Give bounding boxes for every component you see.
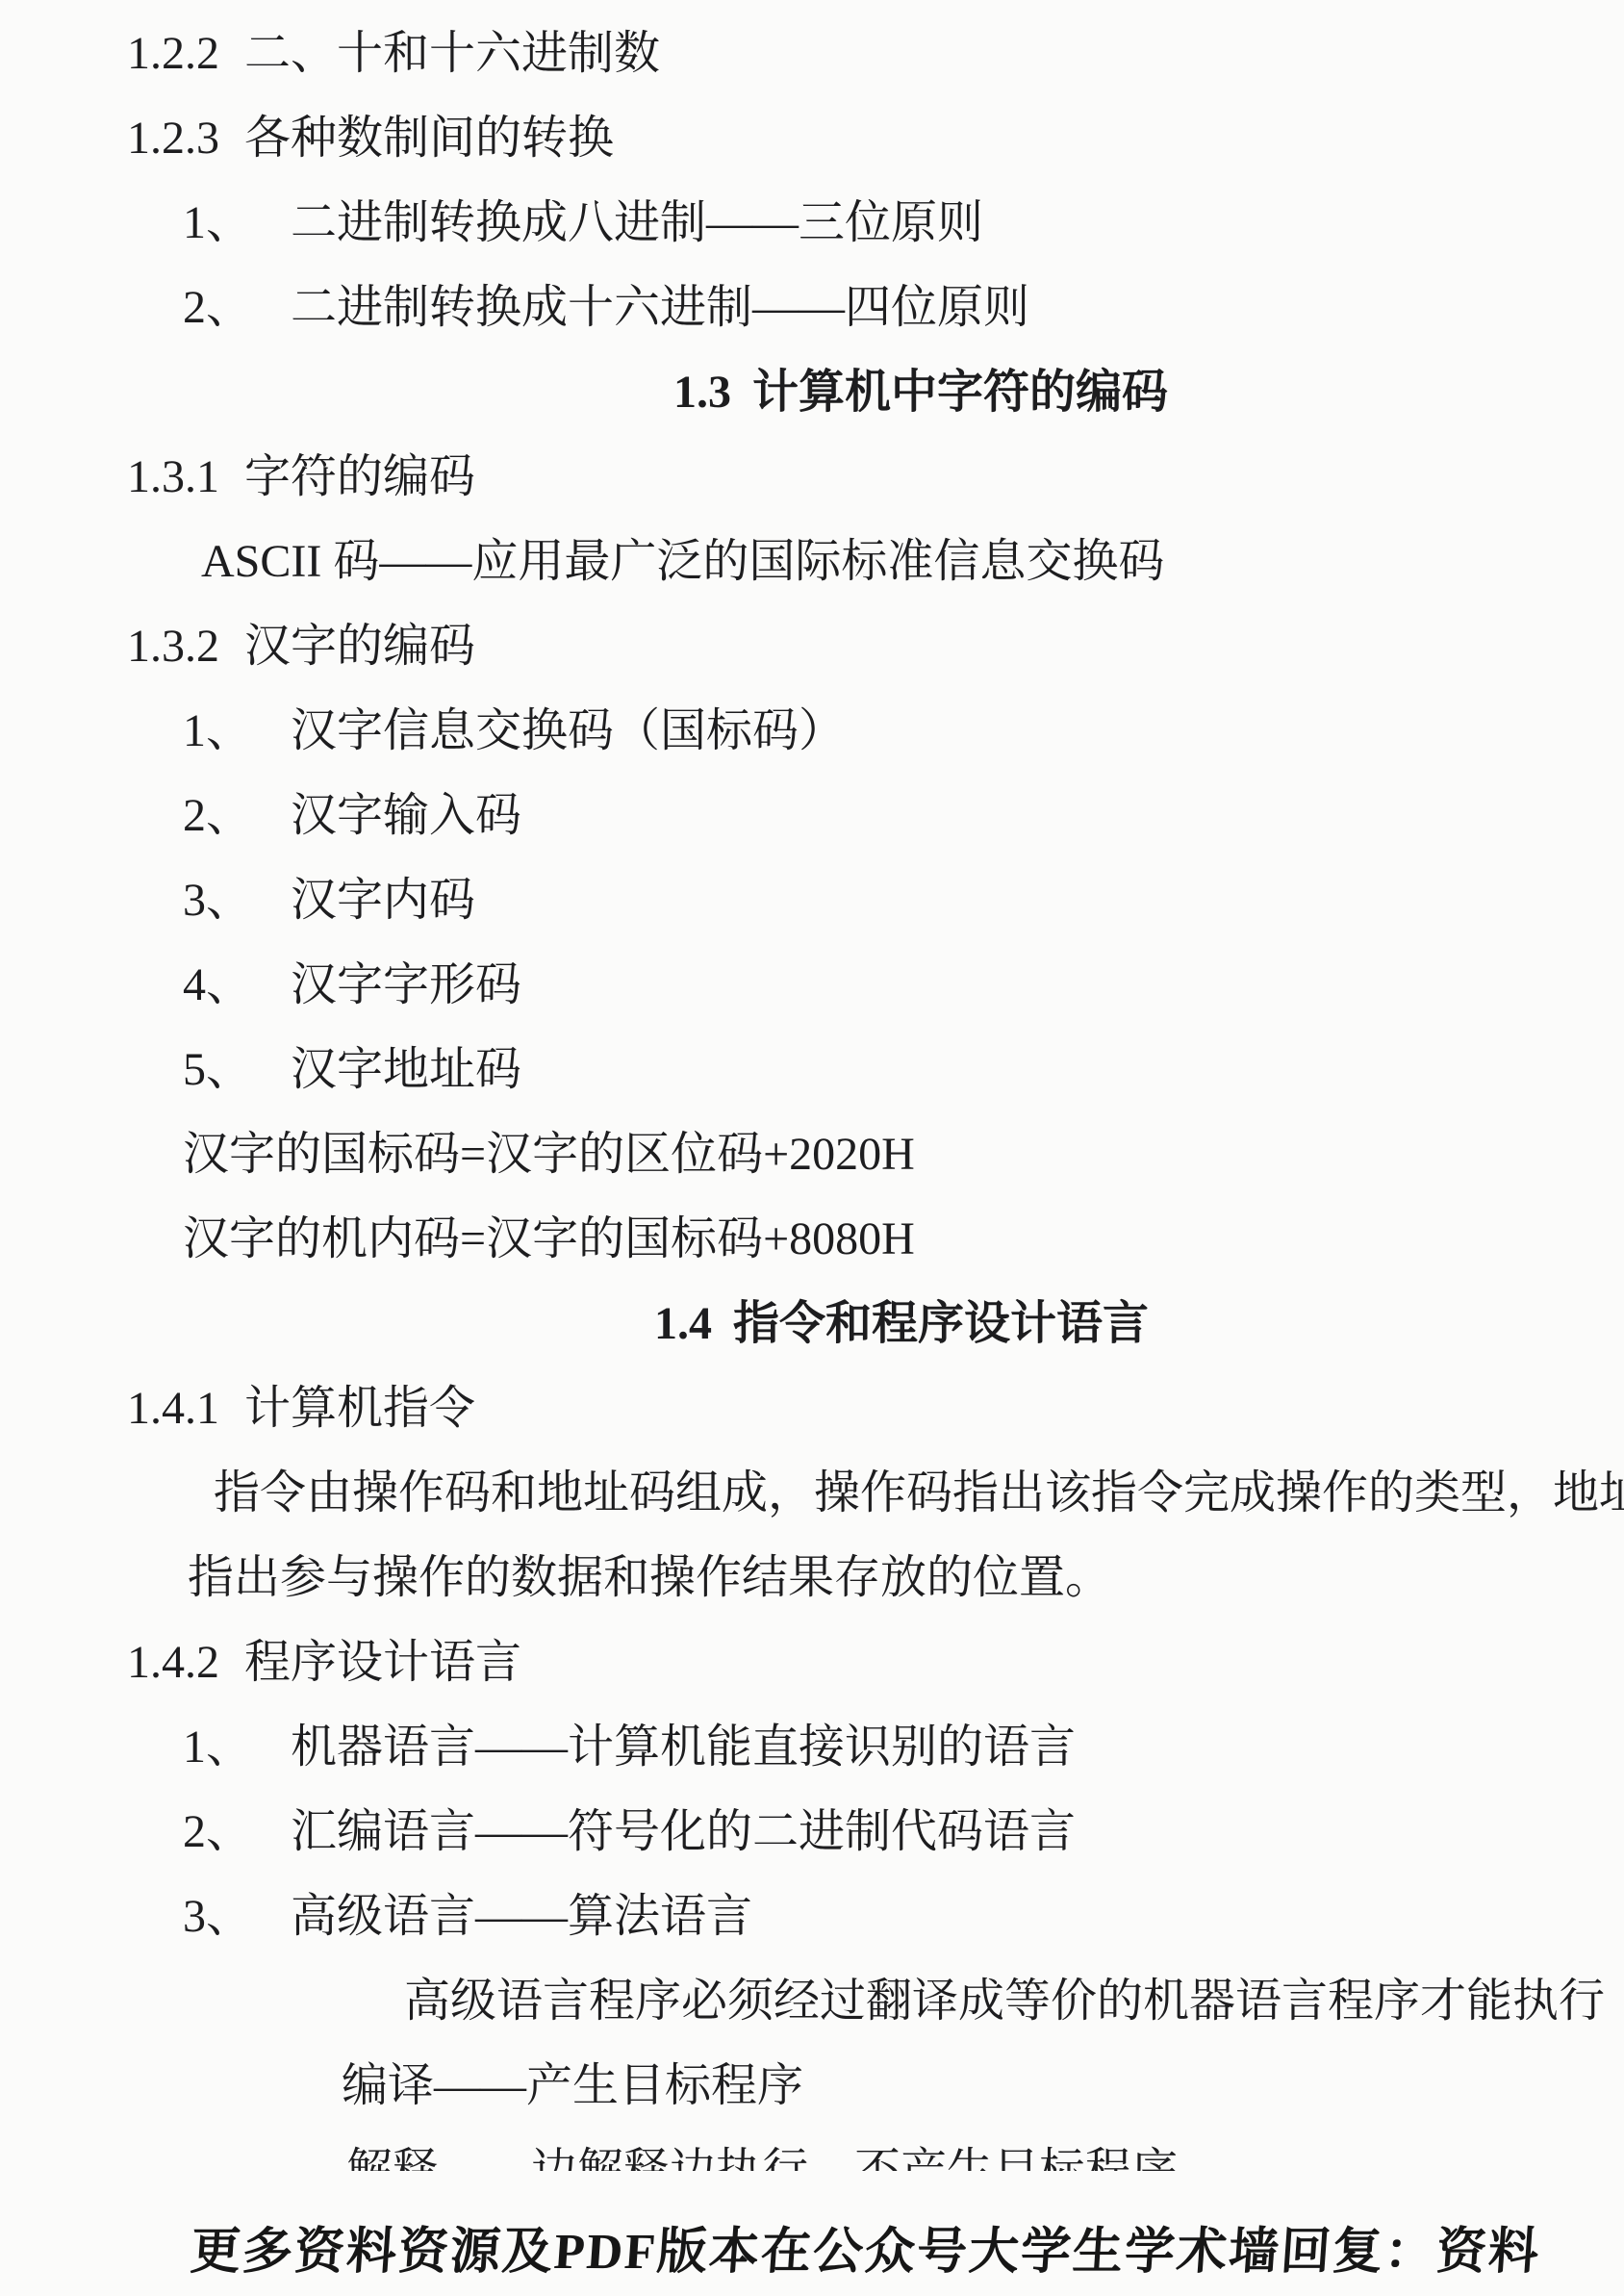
formula-line: 汉字的机内码=汉字的国标码+8080H: [183, 1214, 915, 1265]
body-line: ASCII 码——应用最广泛的国际标准信息交换码: [201, 537, 1164, 588]
line-text: 汉字的机内码=汉字的国标码+8080H: [183, 1213, 915, 1264]
item-text: 汉字内码: [291, 875, 475, 926]
section-number: 1.4.2: [127, 1638, 219, 1689]
section-number: 1.2.2: [127, 29, 219, 80]
list-item: 2、汉字输入码: [183, 791, 521, 842]
footer-text: 更多资料资源及PDF版本在公众号大学生学术墙回复：资料: [189, 2225, 1542, 2280]
list-item: 3、汉字内码: [183, 876, 475, 927]
item-text: 高级语言——算法语言: [291, 1891, 752, 1942]
item-number: 2、: [183, 283, 291, 334]
item-number: 3、: [183, 876, 291, 927]
footer-watermark: 更多资料资源及PDF版本在公众号大学生学术墙回复：资料: [189, 2225, 1542, 2280]
line-text: ASCII 码——应用最广泛的国际标准信息交换码: [201, 536, 1164, 587]
section-title: 程序设计语言: [244, 1637, 521, 1688]
item-number: 4、: [183, 960, 291, 1011]
line-text: 汉字的国标码=汉字的区位码+2020H: [183, 1129, 915, 1180]
list-item: 1、二进制转换成八进制——三位原则: [183, 198, 983, 249]
indented-note-line: 高级语言程序必须经过翻译成等价的机器语言程序才能执行: [404, 1977, 1605, 2028]
line-text: 高级语言程序必须经过翻译成等价的机器语言程序才能执行: [404, 1976, 1605, 2027]
formula-line: 汉字的国标码=汉字的区位码+2020H: [183, 1130, 915, 1181]
line-text: 解释——边解释边执行，不产生目标程序: [346, 2146, 1178, 2171]
paragraph-line: 指令由操作码和地址码组成，操作码指出该指令完成操作的类型，地址码: [214, 1468, 1624, 1519]
line-text: 编译——产生目标程序: [342, 2060, 803, 2111]
item-text: 二进制转换成八进制——三位原则: [291, 197, 983, 248]
item-number: 5、: [183, 1045, 291, 1096]
chapter-heading: 1.3计算机中字符的编码: [673, 368, 1168, 419]
section-line: 1.3.2汉字的编码: [127, 622, 475, 673]
item-number: 3、: [183, 1892, 291, 1943]
list-item: 4、汉字字形码: [183, 960, 521, 1011]
heading-title: 计算机中字符的编码: [752, 367, 1168, 418]
section-title: 计算机指令: [244, 1383, 475, 1434]
line-text: 指出参与操作的数据和操作结果存放的位置。: [188, 1552, 1111, 1603]
list-item: 2、汇编语言——符号化的二进制代码语言: [183, 1807, 1076, 1858]
section-title: 汉字的编码: [244, 621, 475, 672]
item-number: 1、: [183, 1722, 291, 1773]
item-text: 二进制转换成十六进制——四位原则: [291, 282, 1029, 333]
list-item: 2、二进制转换成十六进制——四位原则: [183, 283, 1029, 334]
item-text: 汉字字形码: [291, 959, 521, 1010]
item-number: 1、: [183, 706, 291, 757]
heading-number: 1.4: [654, 1299, 712, 1350]
chapter-heading: 1.4指令和程序设计语言: [654, 1299, 1149, 1350]
document-page: 1.2.2二、十和十六进制数 1.2.3各种数制间的转换 1、二进制转换成八进制…: [0, 0, 1624, 2296]
section-title: 二、十和十六进制数: [244, 28, 660, 79]
list-item: 1、汉字信息交换码（国标码）: [183, 706, 845, 757]
section-number: 1.3.1: [127, 452, 219, 503]
item-text: 汉字输入码: [291, 790, 521, 841]
section-line: 1.2.2二、十和十六进制数: [127, 29, 660, 80]
paragraph-line: 指出参与操作的数据和操作结果存放的位置。: [188, 1553, 1111, 1604]
item-number: 2、: [183, 1807, 291, 1858]
item-text: 汉字地址码: [291, 1044, 521, 1095]
section-number: 1.4.1: [127, 1384, 219, 1435]
section-line: 1.2.3各种数制间的转换: [127, 114, 614, 165]
indented-note-line: 编译——产生目标程序: [342, 2061, 803, 2112]
section-line: 1.3.1字符的编码: [127, 452, 475, 503]
section-line: 1.4.1计算机指令: [127, 1384, 475, 1435]
section-number: 1.3.2: [127, 622, 219, 673]
item-number: 2、: [183, 791, 291, 842]
item-number: 1、: [183, 198, 291, 249]
item-text: 汇编语言——符号化的二进制代码语言: [291, 1806, 1076, 1857]
heading-number: 1.3: [673, 368, 731, 419]
section-title: 各种数制间的转换: [244, 113, 614, 164]
section-line: 1.4.2程序设计语言: [127, 1638, 521, 1689]
line-text: 指令由操作码和地址码组成，操作码指出该指令完成操作的类型，地址码: [214, 1467, 1624, 1518]
heading-title: 指令和程序设计语言: [733, 1298, 1149, 1349]
section-title: 字符的编码: [244, 451, 475, 502]
clipped-bottom-line: 解释——边解释边执行，不产生目标程序: [346, 2146, 1178, 2171]
item-text: 汉字信息交换码（国标码）: [291, 705, 845, 756]
list-item: 5、汉字地址码: [183, 1045, 521, 1096]
list-item: 3、高级语言——算法语言: [183, 1892, 752, 1943]
list-item: 1、机器语言——计算机能直接识别的语言: [183, 1722, 1076, 1773]
item-text: 机器语言——计算机能直接识别的语言: [291, 1722, 1076, 1773]
section-number: 1.2.3: [127, 114, 219, 165]
